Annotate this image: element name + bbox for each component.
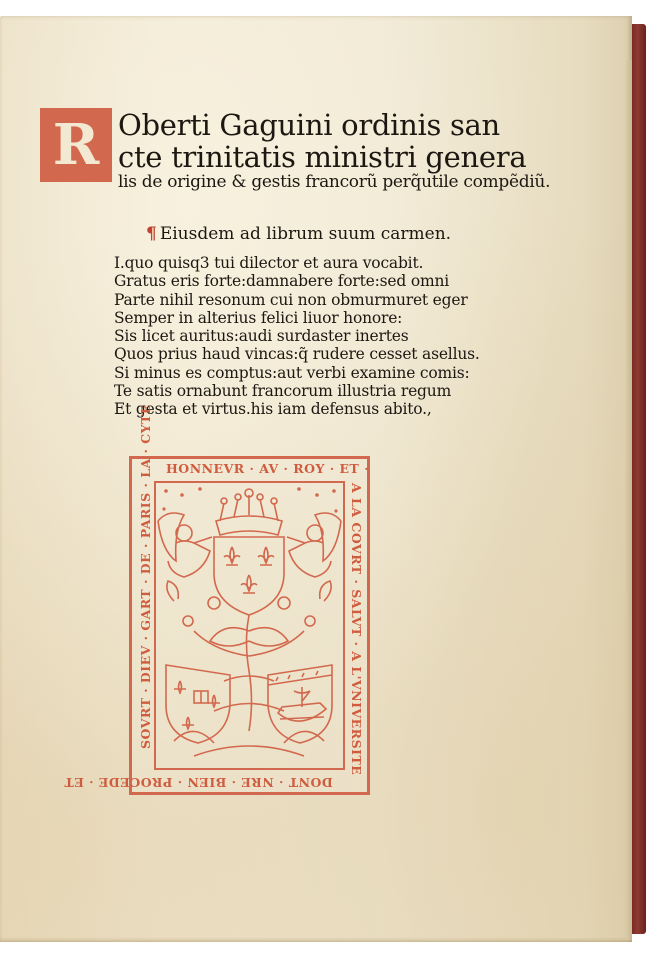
title-line-1: Oberti Gaguini ordinis san: [118, 108, 500, 142]
poem-line: Et gesta et virtus.his iam defensus abit…: [114, 400, 480, 418]
printers-device-woodcut: HONNEVR · AV · ROY · ET · A LA COVRT · S…: [129, 456, 370, 795]
poem-line: Si minus es comptus:aut verbi examine co…: [114, 364, 480, 382]
border-text-right: A LA COVRT · SALVT · A L'VNIVERSITE: [349, 483, 364, 775]
crown-icon: [216, 489, 282, 535]
red-binding: [632, 24, 646, 934]
stars-icon: [162, 487, 337, 512]
border-text-bottom: DONT · NRE · BIEN · PROCEDE · ET: [64, 775, 333, 790]
poem-line: Te satis ornabunt francorum illustria re…: [114, 382, 480, 400]
fleur-de-lis-shield: [214, 537, 284, 615]
poem-line: Semper in alterius felici liuor honore:: [114, 309, 480, 327]
poem-line: Gratus eris forte:damnabere forte:sed om…: [114, 272, 480, 290]
title-line-3: lis de origine & gestis francorũ perq̃ut…: [118, 172, 550, 192]
angel-left: [158, 513, 212, 577]
title-line-2: cte trinitatis ministri genera: [118, 140, 526, 174]
poem-line: Quos prius haud vincas:q̃ rudere cesset …: [114, 345, 480, 363]
poem-line: Sis licet auritus:audi surdaster inertes: [114, 327, 480, 345]
poem-line: Parte nihil resonum cui non obmurmuret e…: [114, 291, 480, 309]
initial-letter: R: [53, 112, 100, 178]
border-text-top: HONNEVR · AV · ROY · ET ·: [166, 461, 369, 476]
poem-heading-text: Eiusdem ad librum suum carmen.: [160, 224, 451, 244]
woodcut-illustration: [154, 481, 345, 770]
poem-line: I.quo quisq3 tui dilector et aura vocabi…: [114, 254, 480, 272]
pilcrow-icon: ¶: [146, 224, 157, 244]
angel-right: [287, 513, 341, 577]
decorated-initial-r: R: [40, 108, 112, 182]
poem-heading: ¶Eiusdem ad librum suum carmen.: [146, 224, 451, 244]
poem: I.quo quisq3 tui dilector et aura vocabi…: [114, 254, 480, 419]
